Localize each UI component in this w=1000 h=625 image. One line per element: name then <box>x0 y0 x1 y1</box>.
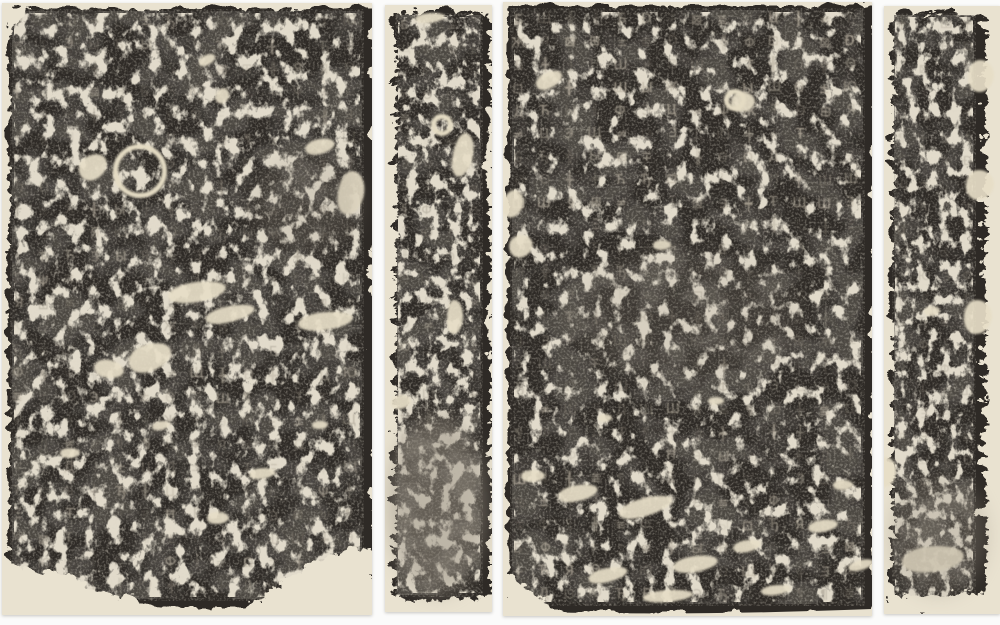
damage-blotch <box>503 188 526 220</box>
damage-blotch <box>732 538 762 555</box>
damage-blotch <box>214 86 232 105</box>
damage-blotch <box>643 588 694 603</box>
damage-blotch <box>415 12 446 25</box>
ring-damage-mark <box>431 114 453 136</box>
damage-blotch <box>968 60 994 92</box>
rubbing-panel-1: Ψ≠Ћ╋ ╫╫Ђ╂ ╪ЋЯЮЂФ≣Ψ╋∓ŦΞЖ≠╂Ξ┼ЦЫЯ¶ Ð±∃ЋΨ⊞ΘЯ… <box>2 3 372 615</box>
damage-blotch <box>167 278 227 306</box>
damage-blotch <box>312 421 328 429</box>
damage-blotch <box>92 357 125 381</box>
damage-blotch <box>884 457 896 487</box>
damage-blotch <box>125 338 175 377</box>
damage-blotch <box>672 553 719 575</box>
damage-blotch <box>390 393 412 410</box>
damage-blotch <box>506 232 536 261</box>
ring-damage-mark <box>724 89 746 111</box>
damage-blotch <box>60 448 80 458</box>
damage-blotch <box>249 467 276 480</box>
rubbing-photo: Ψ≠Ћ╋ ╫╫Ђ╂ ╪ЋЯЮЂФ≣Ψ╋∓ŦΞЖ≠╂Ξ┼ЦЫЯ¶ Ð±∃ЋΨ⊞ΘЯ… <box>0 0 1000 625</box>
damage-blotch <box>587 564 629 586</box>
damage-blotches-layer <box>884 6 1000 614</box>
rubbing-panel-3: БЖБ⊡Д≠БΘШ⊞⊞ĦЩΞ∃ЭЂ ¶ Ш⊞∓Б┼ЂЩЯ╋╋ЋЦЂΘШ┿⊞╬⊞┼… <box>503 2 872 616</box>
damage-blotch <box>74 149 112 185</box>
damage-blotch <box>204 301 256 327</box>
damage-blotch <box>598 414 612 422</box>
ring-damage-mark <box>113 144 167 198</box>
rubbing-panel-4: ┿Ж╬ЋΩ¶ЂШŦЦΩ⊞╫ЦÐЭ≠╂⊞Ы⊞∃╋ Б ╋⊠ŦЩ╋Ð±ЋЦĦЮДЋΦ… <box>884 6 1000 614</box>
damage-blotch <box>966 170 994 200</box>
damage-blotch <box>197 52 218 69</box>
ink-smudge <box>387 415 487 595</box>
damage-blotch <box>833 480 853 490</box>
damage-blotches-layer <box>503 2 872 616</box>
damage-blotch <box>533 67 565 93</box>
damage-blotch <box>653 240 671 250</box>
damage-blotch <box>447 300 463 334</box>
damage-blotch <box>847 557 872 573</box>
rubbing-panel-2: БЩΦБ≡ДĦЭ§Ξ╫⊞ ЭЮДΞÐБ∃Ђ ЦΞ ΩФЖΘФ≡≣ЭФЮ⊡ШБ≠╪… <box>385 5 492 612</box>
ink-smudge <box>563 252 803 382</box>
damage-blotch <box>207 512 229 524</box>
damage-blotch <box>297 309 354 333</box>
damage-blotch <box>807 518 838 534</box>
damage-blotch <box>557 482 599 505</box>
damage-blotch <box>617 491 675 523</box>
damage-blotch <box>924 306 940 316</box>
damage-blotch <box>708 397 724 405</box>
ink-smudge <box>888 476 988 596</box>
damage-blotch <box>449 132 476 179</box>
damage-blotch <box>964 300 992 334</box>
damage-blotch <box>151 420 170 432</box>
damage-blotch <box>761 583 792 596</box>
ink-smudge <box>252 153 362 253</box>
damage-blotches-layer <box>385 5 492 612</box>
damage-blotches-layer <box>2 3 372 615</box>
damage-blotch <box>521 470 545 482</box>
